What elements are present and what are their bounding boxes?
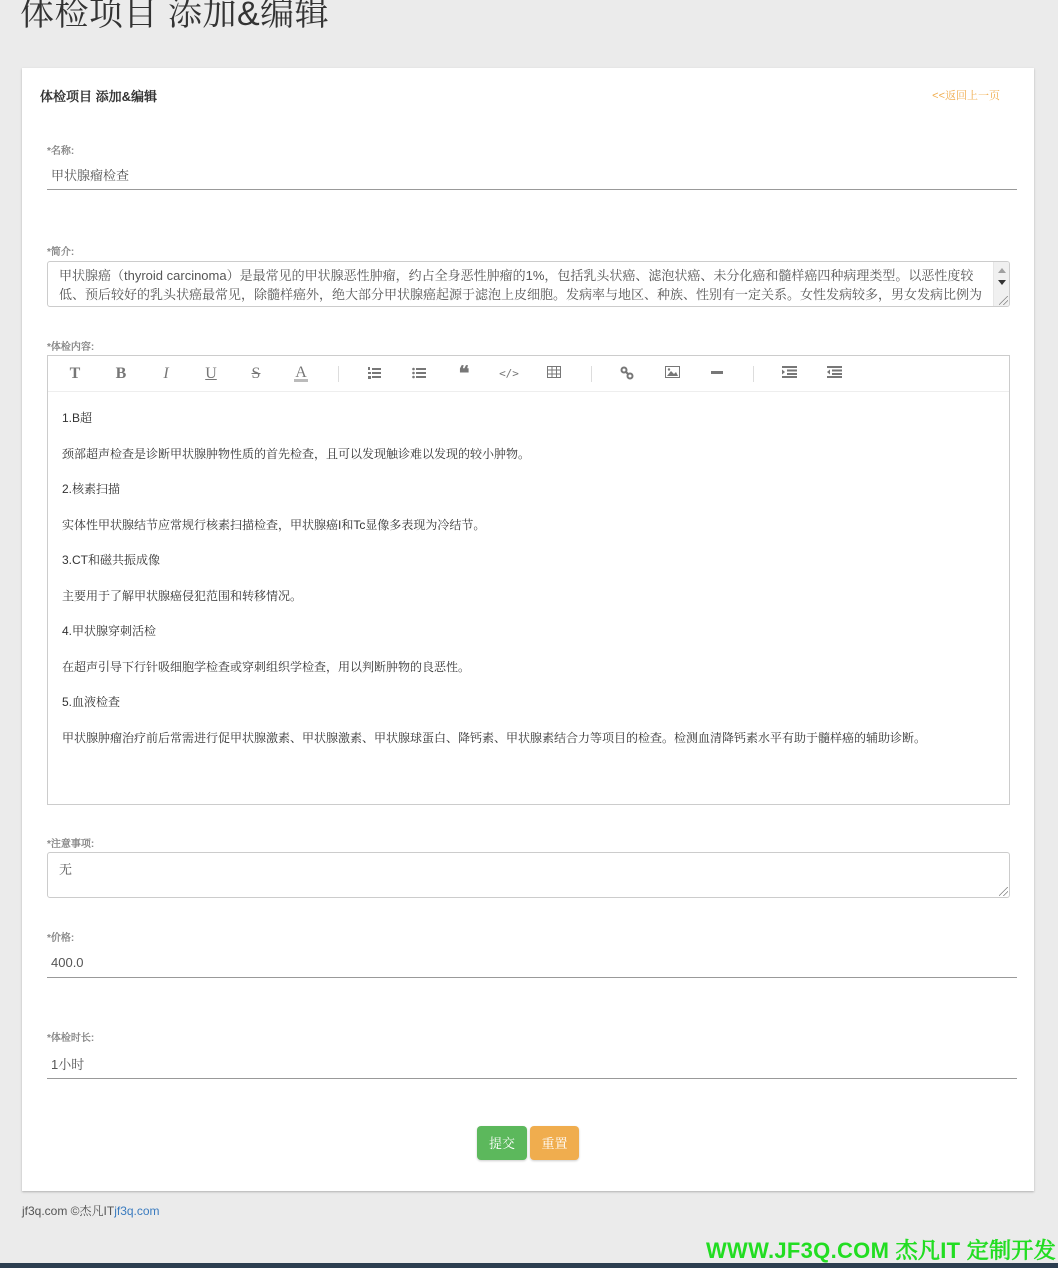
content-paragraph: 颈部超声检查是诊断甲状腺肿物性质的首先检查，且可以发现触诊难以发现的较小肿物。 [62, 446, 995, 462]
intro-textarea[interactable]: 甲状腺癌（thyroid carcinoma）是最常见的甲状腺恶性肿瘤，约占全身… [47, 261, 1010, 307]
editor-toolbar: T B I U S A ❝ </> [48, 356, 1009, 392]
horizontal-rule-icon[interactable] [705, 364, 729, 384]
duration-label: *体检时长: [47, 1029, 94, 1044]
intro-label: *简介: [47, 243, 74, 258]
strikethrough-icon[interactable]: S [244, 364, 268, 384]
content-heading: 3.CT和磁共振成像 [62, 552, 995, 568]
toolbar-separator [591, 366, 592, 382]
image-icon[interactable] [660, 364, 684, 384]
unordered-list-icon[interactable] [407, 364, 431, 384]
content-paragraph: 在超声引导下行针吸细胞学检查或穿刺组织学检查，用以判断肿物的良恶性。 [62, 659, 995, 675]
underline-icon[interactable]: U [199, 364, 223, 384]
outdent-icon[interactable] [822, 364, 846, 384]
title-icon[interactable]: T [63, 364, 87, 384]
scroll-up-arrow-icon[interactable] [998, 268, 1006, 273]
notes-textarea[interactable]: 无 [47, 852, 1010, 898]
notes-label: *注意事项: [47, 835, 94, 850]
blockquote-icon[interactable]: ❝ [452, 364, 476, 384]
editor-content[interactable]: 1.B超 颈部超声检查是诊断甲状腺肿物性质的首先检查，且可以发现触诊难以发现的较… [48, 392, 1009, 746]
name-label: *名称: [47, 142, 74, 157]
content-paragraph: 主要用于了解甲状腺癌侵犯范围和转移情况。 [62, 588, 995, 604]
content-heading: 2.核素扫描 [62, 481, 995, 497]
bottom-bar [0, 1263, 1058, 1268]
price-label: *价格: [47, 929, 74, 944]
toolbar-separator [338, 366, 339, 382]
page-title: 体检项目 添加&编辑 [20, 0, 329, 35]
content-heading: 4.甲状腺穿刺活检 [62, 623, 995, 639]
italic-icon[interactable]: I [154, 364, 178, 384]
reset-button[interactable]: 重置 [530, 1126, 579, 1160]
price-input[interactable] [47, 948, 1017, 978]
name-input[interactable] [47, 160, 1017, 190]
content-heading: 1.B超 [62, 410, 995, 426]
card-title: 体检项目 添加&编辑 [40, 89, 157, 104]
table-icon[interactable] [542, 364, 566, 384]
footer-link[interactable]: jf3q.com [114, 1204, 159, 1218]
bold-icon[interactable]: B [109, 364, 133, 384]
watermark-banner: WWW.JF3Q.COM 杰凡IT 定制开发 [706, 1234, 1056, 1265]
scroll-down-arrow-icon[interactable] [998, 280, 1006, 285]
footer-copyright: jf3q.com ©杰凡IT [22, 1204, 114, 1218]
ordered-list-icon[interactable] [362, 364, 386, 384]
content-paragraph: 甲状腺肿瘤治疗前后常需进行促甲状腺激素、甲状腺激素、甲状腺球蛋白、降钙素、甲状腺… [62, 730, 995, 746]
code-icon[interactable]: </> [497, 364, 521, 384]
intro-text[interactable]: 甲状腺癌（thyroid carcinoma）是最常见的甲状腺恶性肿瘤，约占全身… [48, 262, 1009, 306]
back-link[interactable]: <<返回上一页 [932, 87, 1000, 103]
toolbar-separator [753, 366, 754, 382]
font-color-icon[interactable]: A [294, 364, 308, 382]
link-icon[interactable] [615, 364, 639, 384]
footer: jf3q.com ©杰凡ITjf3q.com [22, 1202, 160, 1219]
form-card: 体检项目 添加&编辑 <<返回上一页 *名称: *简介: 甲状腺癌（thyroi… [22, 68, 1034, 1191]
card-header: 体检项目 添加&编辑 <<返回上一页 [40, 86, 1000, 106]
submit-button[interactable]: 提交 [477, 1126, 527, 1160]
notes-text[interactable]: 无 [48, 853, 1009, 884]
content-paragraph: 实体性甲状腺结节应常规行核素扫描检查，甲状腺癌I和Tc显像多表现为冷结节。 [62, 517, 995, 533]
indent-icon[interactable] [777, 364, 801, 384]
resize-grip-icon[interactable] [999, 296, 1008, 305]
content-label: *体检内容: [47, 338, 94, 353]
duration-input[interactable] [47, 1049, 1017, 1079]
content-heading: 5.血液检查 [62, 694, 995, 710]
resize-grip-icon[interactable] [999, 887, 1008, 896]
rich-text-editor[interactable]: T B I U S A ❝ </> [47, 355, 1010, 805]
